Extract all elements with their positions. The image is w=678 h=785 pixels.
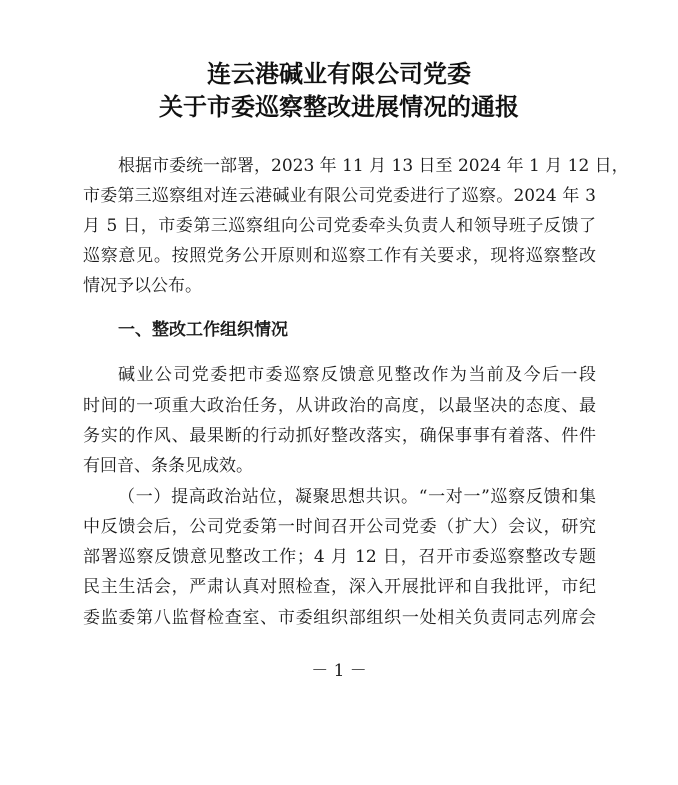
paragraph-1-line-2: 市委第三巡察组对连云港碱业有限公司党委进行了巡察。2024 年 3: [83, 186, 596, 206]
paragraph-2-line-2: 时间的一项重大政治任务，从讲政治的高度，以最坚决的态度、最: [83, 396, 596, 416]
paragraph-3-line-5: 委监委第八监督检查室、市委组织部组织一处相关负责同志列席会: [83, 608, 596, 628]
document-title-line-1: 连云港碱业有限公司党委: [0, 54, 678, 89]
paragraph-2-line-1: 碱业公司党委把市委巡察反馈意见整改作为当前及今后一段: [118, 365, 596, 385]
paragraph-1-line-4: 巡察意见。按照党务公开原则和巡察工作有关要求，现将巡察整改: [83, 246, 596, 266]
paragraph-1-line-3: 月 5 日，市委第三巡察组向公司党委牵头负责人和领导班子反馈了: [83, 216, 596, 236]
paragraph-3-line-4: 民主生活会，严肃认真对照检查，深入开展批评和自我批评，市纪: [83, 577, 596, 597]
paragraph-3-line-2: 中反馈会后，公司党委第一时间召开公司党委（扩大）会议，研究: [83, 517, 596, 537]
document-page: 连云港碱业有限公司党委 关于市委巡察整改进展情况的通报 根据市委统一部署，202…: [0, 0, 678, 785]
paragraph-1-line-1: 根据市委统一部署，2023 年 11 月 13 日至 2024 年 1 月 12…: [118, 156, 596, 176]
document-title-line-2: 关于市委巡察整改进展情况的通报: [0, 87, 678, 122]
paragraph-2-line-4: 有回音、条条见成效。: [83, 456, 596, 476]
paragraph-3-line-3: 部署巡察反馈意见整改工作；4 月 12 日，召开市委巡察整改专题: [83, 547, 596, 567]
paragraph-2-line-3: 务实的作风、最果断的行动抓好整改落实，确保事事有着落、件件: [83, 426, 596, 446]
paragraph-1-line-5: 情况予以公布。: [83, 276, 596, 296]
page-number: － 1 －: [0, 656, 678, 681]
paragraph-3-line-1: （一）提高政治站位，凝聚思想共识。“一对一”巡察反馈和集: [118, 487, 596, 507]
section-heading-1: 一、整改工作组织情况: [118, 320, 596, 340]
